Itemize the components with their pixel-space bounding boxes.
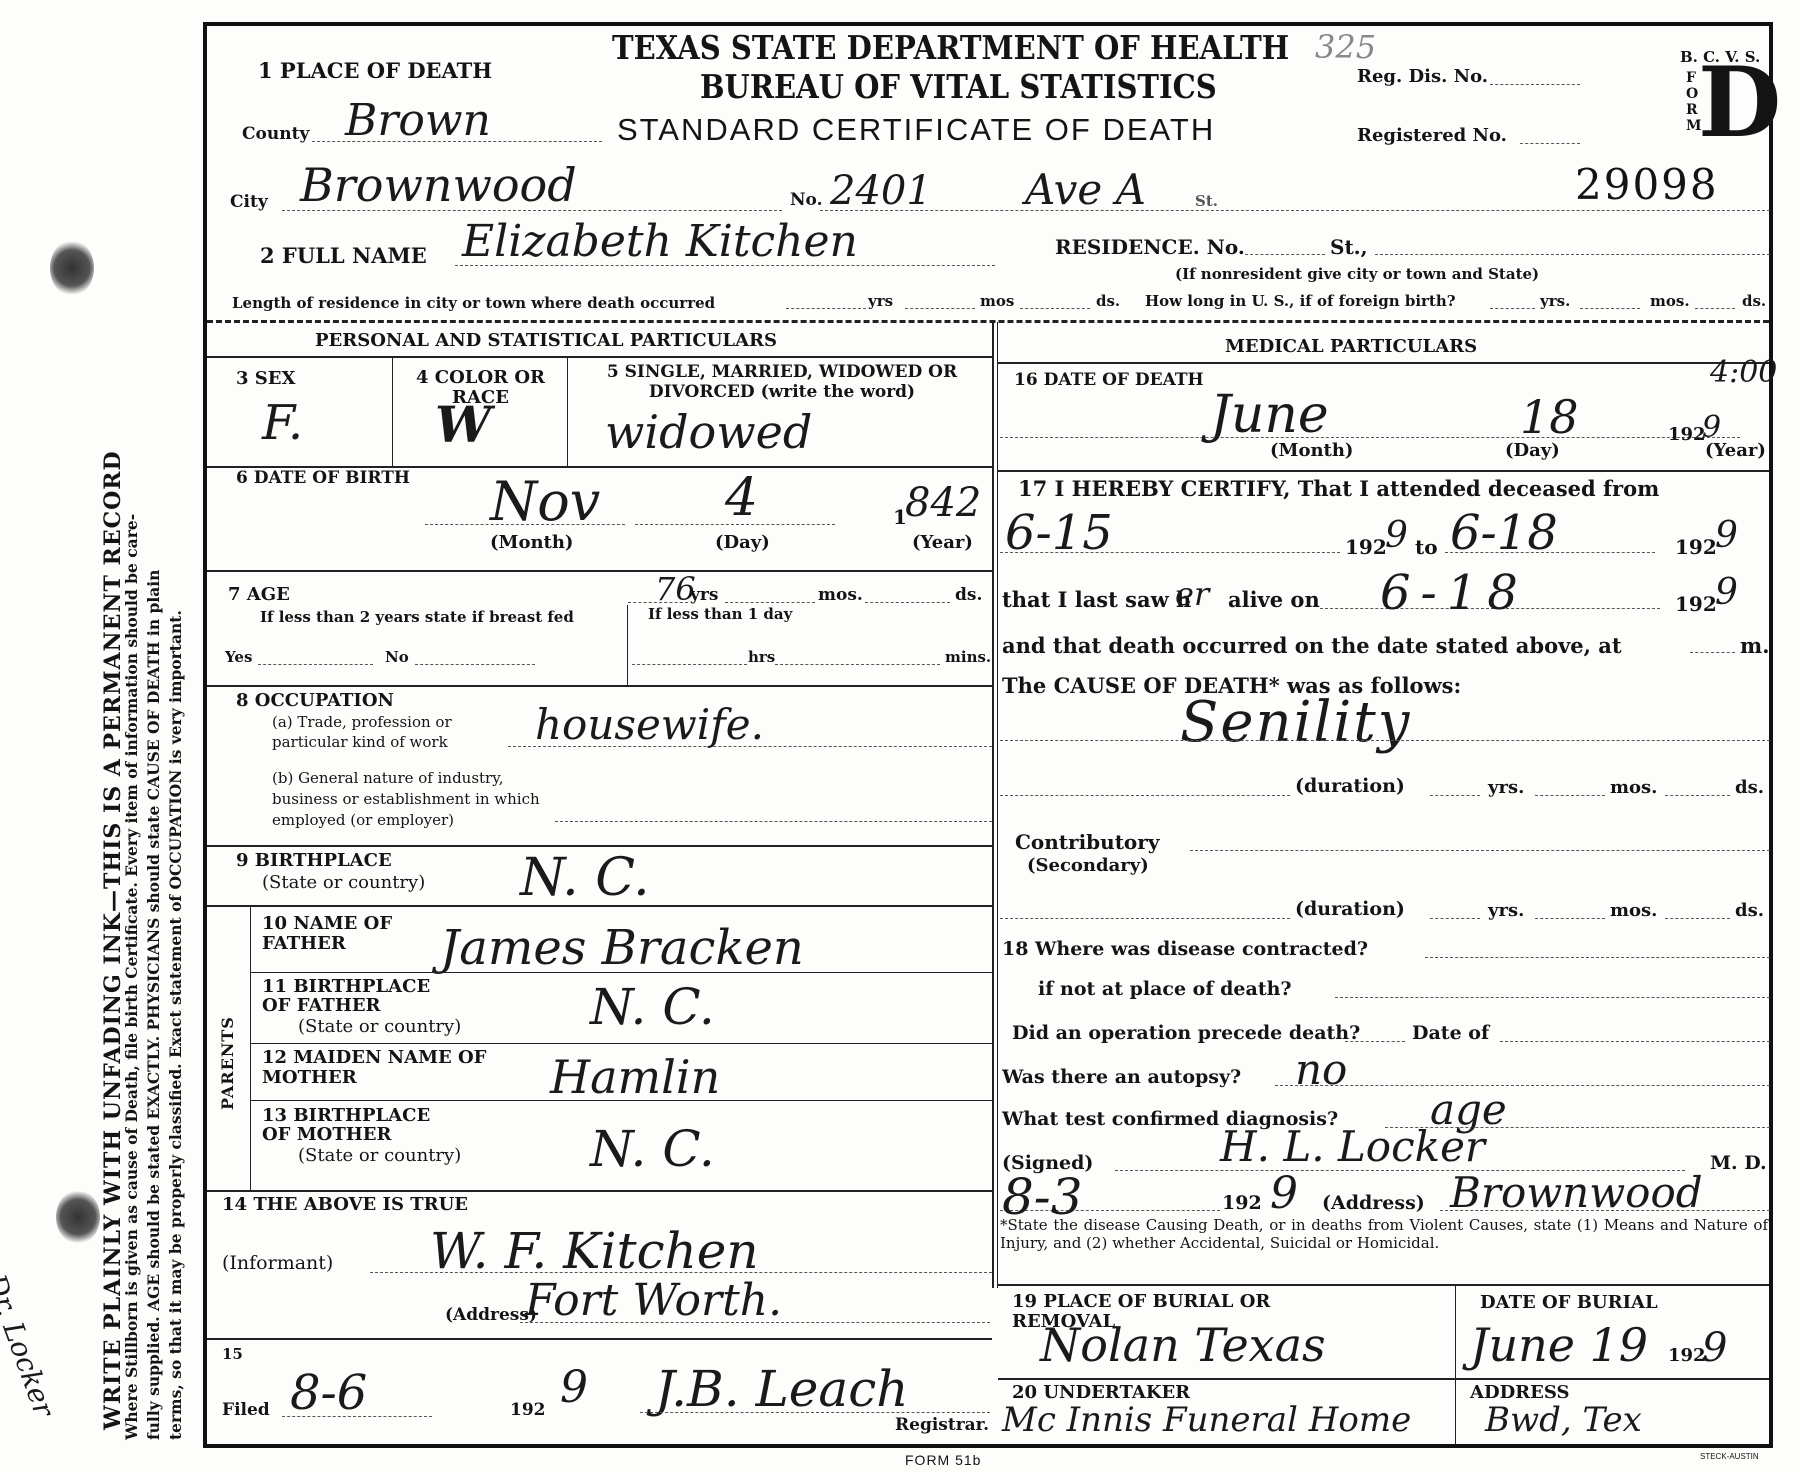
registered-no-label: Registered No. <box>1357 125 1507 146</box>
burial-year-prefix: 192 <box>1668 1345 1706 1366</box>
registered-number: 29098 <box>1575 160 1719 209</box>
last-saw-date: 6-18 <box>1380 565 1528 621</box>
breastfed-yes-label: Yes <box>225 648 252 666</box>
dod-year-prefix: 192 <box>1668 424 1706 445</box>
margin-annotation: Dr. Locker <box>0 1270 61 1421</box>
signed-year: 9 <box>1270 1168 1298 1219</box>
occupation-a-label: (a) Trade, profession or particular kind… <box>272 712 522 752</box>
dob-day: 4 <box>725 468 758 528</box>
less-day-label: If less than 1 day <box>648 605 792 623</box>
parents-label: PARENTS <box>218 1016 237 1110</box>
md-label: M. D. <box>1710 1152 1767 1174</box>
street-number: 2401 <box>830 168 932 214</box>
full-name-label: 2 FULL NAME <box>260 243 427 268</box>
filed-number: 15 <box>222 1345 243 1363</box>
printer-mark: STECK-AUSTIN <box>1700 1452 1759 1461</box>
last-saw-pronoun: er <box>1175 575 1209 613</box>
margin-instruction-line-3: terms, so that it may be properly classi… <box>166 610 185 1440</box>
occupation-b-label: (b) General nature of industry, business… <box>272 768 572 831</box>
informant-value: W. F. Kitchen <box>430 1222 759 1280</box>
attended-to: 6-18 <box>1450 505 1558 561</box>
attended-from-year: 9 <box>1385 515 1408 556</box>
physician-address: Brownwood <box>1450 1168 1703 1217</box>
foreign-yrs: yrs. <box>1540 292 1570 310</box>
marital-label: 5 SINGLE, MARRIED, WIDOWED OR DIVORCED (… <box>572 362 992 402</box>
contributory-label: Contributory <box>1015 830 1159 854</box>
occupation-label: 8 OCCUPATION <box>236 690 394 711</box>
attended-to-year-prefix: 192 <box>1675 535 1717 559</box>
undertaker-value: Mc Innis Funeral Home <box>1002 1400 1411 1440</box>
secondary-label: (Secondary) <box>1027 855 1149 876</box>
breastfed-no-label: No <box>385 648 409 666</box>
attended-to-year: 9 <box>1715 515 1738 556</box>
occupation-a-value: housewife. <box>535 700 764 749</box>
margin-instruction-line-1: Where Stillborn is given as cause of Dea… <box>122 514 141 1440</box>
dod-month: June <box>1210 385 1329 445</box>
reg-dis-label: Reg. Dis. No. <box>1357 66 1488 87</box>
operation-label: Did an operation precede death? <box>1012 1022 1360 1044</box>
breastfed-label: If less than 2 years state if breast fed <box>260 608 574 626</box>
form-number: FORM 51b <box>905 1452 981 1468</box>
autopsy-label: Was there an autopsy? <box>1002 1066 1241 1088</box>
personal-heading: PERSONAL AND STATISTICAL PARTICULARS <box>315 330 777 351</box>
full-name-value: Elizabeth Kitchen <box>462 216 858 267</box>
mother-birthplace-sub: (State or country) <box>298 1145 461 1166</box>
filed-label: Filed <box>222 1400 270 1420</box>
dod-day: 18 <box>1520 390 1579 444</box>
registrar-label: Registrar. <box>895 1415 989 1435</box>
certify-label: 17 I HEREBY CERTIFY, That I attended dec… <box>1018 476 1659 501</box>
date-of-label: Date of <box>1412 1022 1489 1044</box>
birthplace-label: 9 BIRTHPLACE <box>236 850 392 871</box>
dob-year: 842 <box>905 480 981 526</box>
dod-year-caption: (Year) <box>1705 440 1766 461</box>
burial-date-label: DATE OF BURIAL <box>1480 1292 1658 1313</box>
foreign-mos: mos. <box>1650 292 1690 310</box>
foreign-birth-label: How long in U. S., if of foreign birth? <box>1145 292 1456 310</box>
county-value: Brown <box>345 95 491 146</box>
dob-day-caption: (Day) <box>715 532 770 553</box>
medical-heading: MEDICAL PARTICULARS <box>1225 336 1477 357</box>
age-label: 7 AGE <box>228 584 290 605</box>
city-value: Brownwood <box>300 158 577 212</box>
age-mos-label: mos. <box>818 585 863 605</box>
duration-ds-1: ds. <box>1735 777 1764 798</box>
length-yrs: yrs <box>868 292 893 310</box>
residence-st-label: St., <box>1330 235 1368 259</box>
street-label: St. <box>1195 192 1218 210</box>
father-birthplace-value: N. C. <box>590 978 715 1036</box>
county-label: County <box>242 124 309 144</box>
father-birthplace-sub: (State or country) <box>298 1016 461 1037</box>
father-label: 10 NAME OF FATHER <box>262 914 422 954</box>
age-yrs-label: yrs <box>690 585 718 605</box>
nonresident-note: (If nonresident give city or town and St… <box>1175 265 1539 283</box>
dob-month-caption: (Month) <box>490 532 573 553</box>
last-saw-year: 9 <box>1715 572 1738 613</box>
birthplace-sub: (State or country) <box>262 872 425 893</box>
bureau-title: BUREAU OF VITAL STATISTICS <box>700 67 1217 106</box>
duration-mos-1: mos. <box>1610 777 1657 798</box>
dob-month: Nov <box>490 470 600 533</box>
duration-ds-2: ds. <box>1735 900 1764 921</box>
duration-yrs-1: yrs. <box>1488 777 1524 798</box>
dob-year-caption: (Year) <box>912 532 973 553</box>
burial-year: 9 <box>1702 1325 1727 1371</box>
street-no-label: No. <box>790 190 823 210</box>
attended-from-year-prefix: 192 <box>1345 535 1387 559</box>
place-of-death-heading: 1 PLACE OF DEATH <box>258 58 492 83</box>
ink-stamp-mark <box>50 240 94 296</box>
residence-no-label: RESIDENCE. No. <box>1055 235 1245 259</box>
registrar-signature: J.B. Leach <box>655 1360 908 1418</box>
filed-date: 8-6 <box>290 1365 367 1421</box>
undertaker-address-value: Bwd, Tex <box>1485 1400 1642 1440</box>
mins-label: mins. <box>945 648 991 666</box>
length-residence-label: Length of residence in city or town wher… <box>232 294 715 312</box>
last-saw-year-prefix: 192 <box>1675 592 1717 616</box>
cause-value: Senility <box>1180 690 1411 755</box>
father-value: James Bracken <box>440 920 804 976</box>
alive-on-label: alive on <box>1228 587 1320 612</box>
not-place-label: if not at place of death? <box>1038 978 1292 1000</box>
above-true-label: 14 THE ABOVE IS TRUE <box>222 1194 468 1215</box>
mother-birthplace-value: N. C. <box>590 1120 715 1178</box>
duration-label-1: (duration) <box>1295 775 1405 797</box>
certificate-title: STANDARD CERTIFICATE OF DEATH <box>617 112 1215 148</box>
duration-yrs-2: yrs. <box>1488 900 1524 921</box>
stamp-number: 325 <box>1315 28 1376 66</box>
dod-label: 16 DATE OF DEATH <box>1014 370 1204 390</box>
signed-year-prefix: 192 <box>1222 1192 1262 1214</box>
filed-year-prefix: 192 <box>510 1400 546 1420</box>
m-label: m. <box>1740 633 1770 658</box>
mother-birthplace-label: 13 BIRTHPLACE OF MOTHER <box>262 1106 462 1144</box>
dod-time: 4:00 <box>1710 355 1777 390</box>
mother-label: 12 MAIDEN NAME OF MOTHER <box>262 1048 502 1088</box>
informant-address-value: Fort Worth. <box>525 1275 782 1326</box>
margin-instruction-line-2: fully supplied. AGE should be stated EXA… <box>144 570 163 1440</box>
sex-value: F. <box>262 395 303 451</box>
death-occurred-label: and that death occurred on the date stat… <box>1002 633 1622 658</box>
to-label: to <box>1415 535 1438 559</box>
department-title: TEXAS STATE DEPARTMENT OF HEALTH <box>612 28 1289 67</box>
informant-label: (Informant) <box>222 1252 333 1274</box>
burial-date-value: June 19 <box>1470 1318 1648 1372</box>
autopsy-value: no <box>1295 1045 1347 1094</box>
sex-label: 3 SEX <box>236 368 295 389</box>
physician-address-label: (Address) <box>1322 1192 1425 1214</box>
burial-place-value: Nolan Texas <box>1040 1318 1326 1372</box>
last-saw-label: that I last saw h <box>1002 587 1191 612</box>
dob-label: 6 DATE OF BIRTH <box>236 468 410 488</box>
form-letter: D <box>1698 55 1781 151</box>
father-birthplace-label: 11 BIRTHPLACE OF FATHER <box>262 977 462 1015</box>
mother-value: Hamlin <box>550 1050 720 1104</box>
dod-day-caption: (Day) <box>1505 440 1560 461</box>
hrs-label: hrs <box>748 648 775 666</box>
race-value: W <box>435 395 491 454</box>
city-label: City <box>230 192 268 212</box>
ink-stamp-mark <box>56 1190 100 1244</box>
street-name: Ave A <box>1025 165 1146 214</box>
dod-month-caption: (Month) <box>1270 440 1353 461</box>
filed-year: 9 <box>560 1362 588 1413</box>
attended-from: 6-15 <box>1005 505 1113 561</box>
physician-signature: H. L. Locker <box>1220 1122 1485 1171</box>
length-mos: mos <box>980 292 1014 310</box>
age-ds-label: ds. <box>955 585 982 605</box>
duration-label-2: (duration) <box>1295 898 1405 920</box>
length-ds: ds. <box>1096 292 1120 310</box>
marital-value: widowed <box>605 405 812 459</box>
duration-mos-2: mos. <box>1610 900 1657 921</box>
contracted-label: 18 Where was disease contracted? <box>1002 938 1368 960</box>
birthplace-value: N. C. <box>520 848 650 908</box>
foreign-ds: ds. <box>1742 292 1766 310</box>
cause-footnote: *State the disease Causing Death, or in … <box>1000 1216 1768 1252</box>
